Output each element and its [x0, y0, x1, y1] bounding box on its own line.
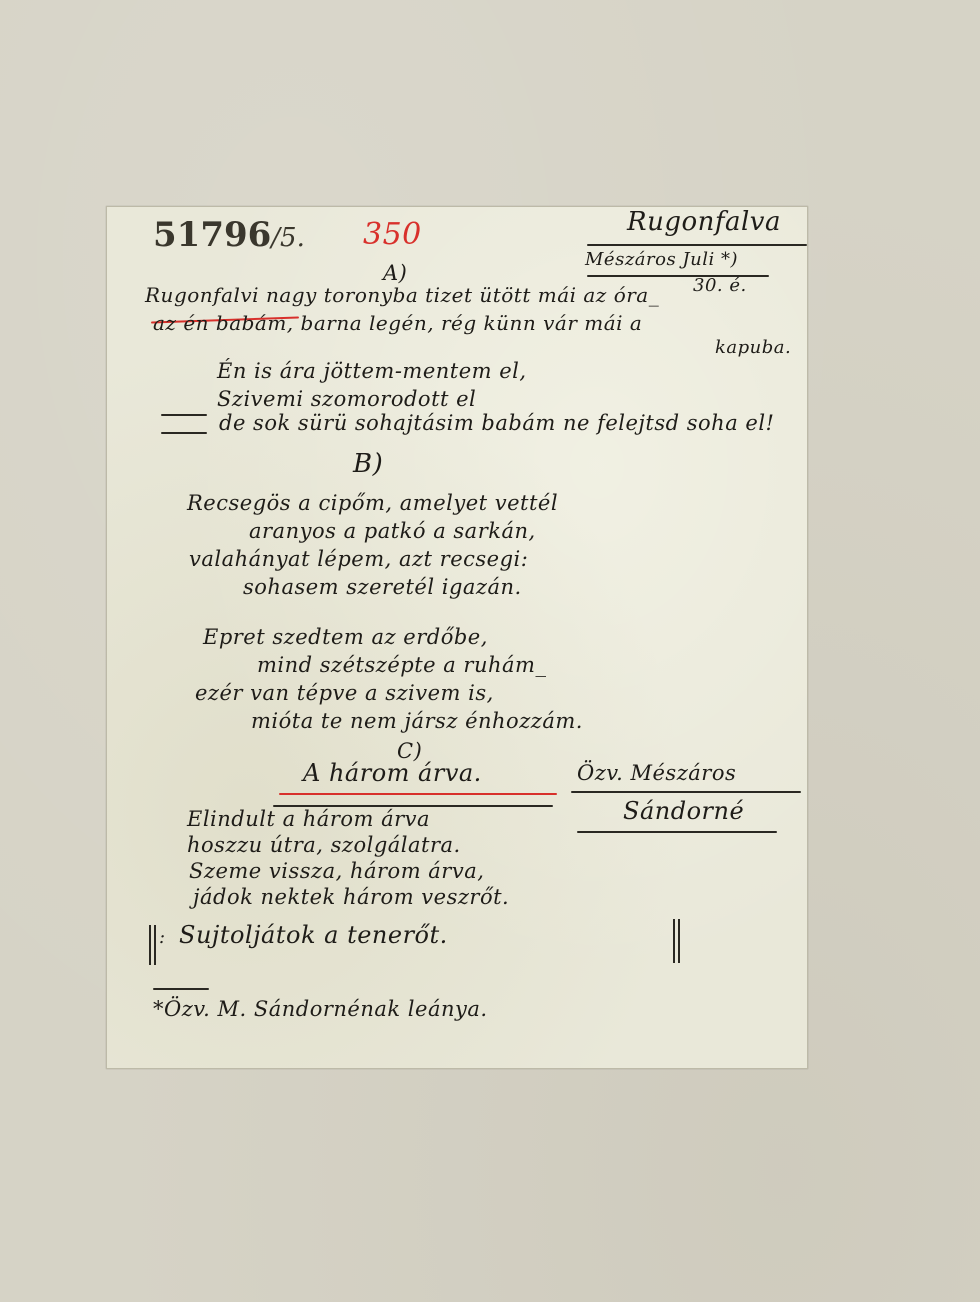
section-c-informant-2: Sándorné — [623, 797, 744, 825]
informant-underline-1 — [571, 791, 801, 793]
section-c-line-2: hoszzu útra, szolgálatra. — [187, 833, 461, 857]
margin-mark-1 — [161, 414, 207, 416]
section-a-line-2: az én babám, barna legén, rég künn vár m… — [153, 311, 642, 335]
section-b-line-2: aranyos a patkó a sarkán, — [249, 519, 536, 543]
section-a-line-6: de sok sürü sohajtásim babám ne felejtsd… — [219, 411, 774, 435]
section-a-line-4: Én is ára jöttem-mentem el, — [217, 359, 527, 383]
repeat-bar-close-1 — [673, 919, 675, 963]
section-c-informant-1: Özv. Mészáros — [577, 761, 736, 785]
section-b-line-4: sohasem szeretél igazán. — [243, 575, 522, 599]
section-c-line-3: Szeme vissza, három árva, — [189, 859, 484, 883]
header-informant: Mészáros Juli *) — [585, 249, 738, 270]
repeat-bar-open-2 — [154, 925, 156, 965]
margin-mark-2 — [161, 432, 207, 434]
section-c-line-1: Elindult a három árva — [187, 807, 430, 831]
red-pencil-number: 350 — [363, 217, 422, 252]
section-a-line-3: kapuba. — [715, 337, 791, 358]
title-red-underline — [279, 793, 557, 795]
repeat-bar-close-2 — [678, 919, 680, 963]
section-c-title: A három árva. — [303, 759, 482, 787]
catalog-number-main: 51796 — [153, 215, 271, 255]
section-b-line-7: ezér van tépve a szivem is, — [195, 681, 494, 705]
catalog-number: 51796/5. — [153, 215, 305, 255]
section-b-line-3: valahányat lépem, azt recsegi: — [189, 547, 528, 571]
section-b-label: B) — [353, 449, 383, 479]
header-place-underline — [587, 244, 807, 246]
repeat-colon: : — [159, 927, 166, 948]
section-a-line-1: Rugonfalvi nagy toronyba tizet ütött mái… — [145, 283, 659, 307]
header-place: Rugonfalva — [627, 207, 781, 237]
section-b-line-8: mióta te nem jársz énhozzám. — [251, 709, 583, 733]
section-b-line-6: mind szétszépte a ruhám_ — [257, 653, 546, 677]
header-age: 30. é. — [693, 275, 747, 296]
section-c-line-4: jádok nektek három veszrőt. — [193, 885, 509, 909]
section-b-line-1: Recsegös a cipőm, amelyet vettél — [187, 491, 558, 515]
manuscript-sheet: 51796/5. 350 Rugonfalva Mészáros Juli *)… — [106, 206, 808, 1069]
mount-board: 51796/5. 350 Rugonfalva Mészáros Juli *)… — [0, 0, 980, 1302]
footnote-separator — [153, 988, 209, 990]
repeat-bar-open-1 — [149, 925, 151, 965]
section-a-label: A) — [383, 261, 407, 285]
refrain-line: Sujtoljátok a tenerőt. — [179, 921, 448, 949]
catalog-number-suffix: /5. — [271, 223, 305, 253]
section-b-line-5: Epret szedtem az erdőbe, — [203, 625, 488, 649]
footnote: *Özv. M. Sándornénak leánya. — [153, 997, 488, 1021]
informant-underline-2 — [577, 831, 777, 833]
section-a-line-5: Szivemi szomorodott el — [217, 387, 476, 411]
